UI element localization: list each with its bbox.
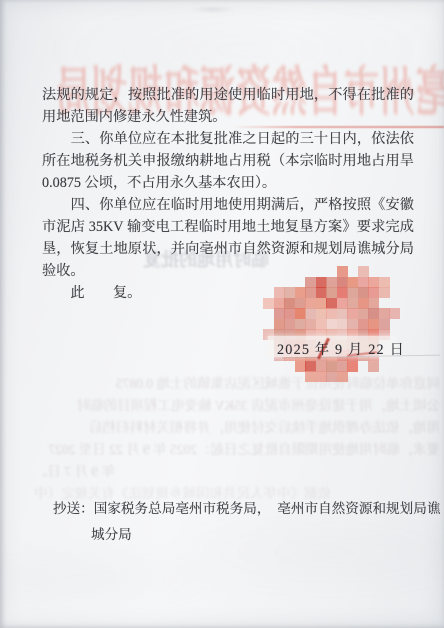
seal-mosaic-cell <box>368 361 379 372</box>
seal-mosaic-cell <box>263 298 274 309</box>
bleedthrough-line: 年 9 月 7 日。 <box>34 464 440 480</box>
seal-mosaic-cell <box>284 287 295 298</box>
seal-mosaic-cell <box>347 277 358 288</box>
cc-line-2: 城分局 <box>91 527 419 543</box>
seal-mosaic-cell <box>274 308 285 319</box>
bleedthrough-line: 依据《中华人民共和国城乡规划法》有关规定（中 <box>34 486 440 502</box>
seal-mosaic-cell <box>358 266 369 277</box>
seal-mosaic-cell <box>337 266 348 277</box>
seal-mosaic-cell <box>368 277 379 288</box>
body-line: 三、你单位应在本批复批准之日起的三十日内，依法依规向 <box>42 128 414 150</box>
body-line: 法规的规定，按照批准的用途使用临时用地，不得在批准的临时 <box>42 84 414 106</box>
body-line: 用地范围内修建永久性建筑。 <box>42 106 414 128</box>
seal-mosaic-cell <box>379 308 390 319</box>
scanned-document-page: 亳州市自然资源和规划局 临时用地的批复 法规的规定，按照批准的用途使用临时用地，… <box>0 0 444 628</box>
seal-mosaic-cell <box>295 298 306 309</box>
seal-mosaic-cell <box>284 308 295 319</box>
seal-mosaic-cell <box>284 298 295 309</box>
seal-mosaic-cell <box>316 371 327 382</box>
seal-mosaic-cell <box>358 319 369 330</box>
seal-mosaic-cell <box>295 287 306 298</box>
seal-mosaic-cell <box>305 308 316 319</box>
seal-mosaic-cell <box>389 308 400 319</box>
seal-mosaic-cell <box>379 319 390 330</box>
seal-mosaic-cell <box>337 277 348 288</box>
seal-mosaic-cell <box>305 371 316 382</box>
body-line: 0.0875 公顷，不占用永久基本农田）。 <box>42 172 414 194</box>
seal-mosaic-cell <box>326 319 337 330</box>
seal-mosaic-cell <box>274 287 285 298</box>
body-line: 市泥店 35KV 输变电工程临时用地土地复垦方案》要求完成土地复 <box>42 216 414 238</box>
seal-mosaic-cell <box>274 298 285 309</box>
seal-mosaic-cell <box>368 319 379 330</box>
bleedthrough-line: 公顷土地，用于建设亳州市泥店 35KV 输变电工程项目的临时 <box>34 398 440 414</box>
seal-mosaic-cell <box>305 298 316 309</box>
seal-mosaic-cell <box>358 298 369 309</box>
seal-mosaic-cell <box>379 287 390 298</box>
seal-mosaic-cell <box>326 287 337 298</box>
body-line: 所在地税务机关申报缴纳耕地占用税（本宗临时用地占用旱地 <box>42 150 414 172</box>
seal-mosaic-cell <box>326 298 337 309</box>
seal-mosaic-cell <box>305 361 316 372</box>
seal-mosaic-cell <box>305 287 316 298</box>
seal-mosaic-cell <box>316 298 327 309</box>
seal-mosaic-cell <box>326 361 337 372</box>
seal-mosaic-cell <box>347 298 358 309</box>
official-seal-pixelated <box>263 266 401 383</box>
seal-mosaic-cell <box>379 277 390 288</box>
seal-mosaic-cell <box>305 319 316 330</box>
body-line: 垦，恢复土地原状，并向亳州市自然资源和规划局谯城分局申请 <box>42 238 414 260</box>
cc-block: 抄送：国家税务总局亳州市税务局， 亳州市自然资源和规划局谯 城分局 <box>53 501 419 543</box>
seal-mosaic-cell <box>347 308 358 319</box>
seal-mosaic-cell <box>326 308 337 319</box>
seal-mosaic-cell <box>358 308 369 319</box>
seal-mosaic-cell <box>295 319 306 330</box>
seal-mosaic-cell <box>347 361 358 372</box>
top-edge-smudge <box>182 4 244 15</box>
seal-mosaic-cell <box>368 287 379 298</box>
seal-mosaic-cell <box>368 308 379 319</box>
seal-mosaic-cell <box>295 361 306 372</box>
seal-mosaic-cell <box>337 308 348 319</box>
seal-mosaic-cell <box>295 308 306 319</box>
seal-mosaic-cell <box>274 319 285 330</box>
seal-mosaic-cell <box>316 361 327 372</box>
seal-mosaic-cell <box>305 277 316 288</box>
seal-mosaic-cell <box>326 277 337 288</box>
seal-mosaic-cell <box>316 308 327 319</box>
seal-mosaic-cell <box>326 371 337 382</box>
seal-mosaic-cell <box>337 319 348 330</box>
cc-line-1: 抄送：国家税务总局亳州市税务局， 亳州市自然资源和规划局谯 <box>53 501 419 517</box>
bleedthrough-line: 要求，临时用地使用期限自批复之日起：2025 年 9 月 22 日至 2027 <box>34 442 440 458</box>
seal-mosaic-cell <box>337 371 348 382</box>
body-line: 四、你单位应在临时用地使用期满后，严格按照《安徽亳州 <box>42 194 414 216</box>
seal-mosaic-cell <box>337 287 348 298</box>
seal-mosaic-cell <box>316 287 327 298</box>
seal-mosaic-cell <box>337 361 348 372</box>
seal-mosaic-cell <box>284 319 295 330</box>
bleedthrough-line: 用地，依法办理供地手续后交付使用，并将相关材料归档后 <box>34 420 440 436</box>
seal-mosaic-cell <box>347 287 358 298</box>
seal-mosaic-cell <box>368 298 379 309</box>
seal-mosaic-cell <box>347 319 358 330</box>
seal-mosaic-cell <box>316 319 327 330</box>
seal-mosaic-cell <box>316 277 327 288</box>
seal-mosaic-cell <box>358 277 369 288</box>
seal-mosaic-cell <box>358 287 369 298</box>
seal-mosaic-cell <box>337 298 348 309</box>
